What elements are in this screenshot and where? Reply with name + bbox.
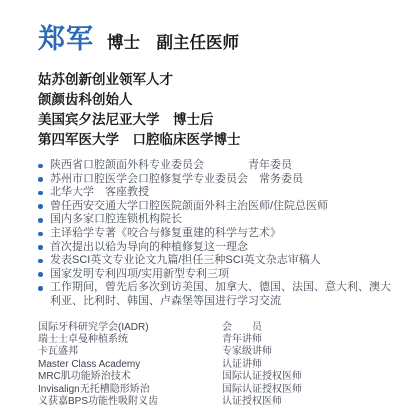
achievement-text: 国内多家口腔连锁机构院长	[50, 213, 182, 225]
bullet-dot-icon	[38, 177, 43, 182]
membership-row: Invisalign无托槽隐形矫治 国际认证授权医师	[38, 384, 392, 396]
achievement-text: 苏州市口腔医学会口腔修复学专业委员会 常务委员	[50, 173, 303, 185]
bullet-dot-icon	[38, 204, 43, 209]
achievement-text: 曾任西安交通大学口腔医院颌面外科主治医师/住院总医师	[50, 200, 328, 212]
bullet-dot-icon	[38, 272, 43, 277]
membership-row: 义获嘉BPS功能性吸附义齿 认证授权医师	[38, 396, 392, 408]
highlight-line: 姑苏创新创业领军人才	[38, 70, 392, 90]
bullet-dot-icon	[38, 245, 43, 250]
memberships-table: 国际牙科研究学会(IADR) 会 员 瑞士士卓曼种植系统 青年讲师 卡瓦盛邦 专…	[38, 322, 392, 409]
achievement-item: 发表SCI英文专业论文九篇/担任三种SCI英文杂志审稿人	[38, 254, 392, 268]
achievement-item: 曾任西安交通大学口腔医院颌面外科主治医师/住院总医师	[38, 200, 392, 214]
achievement-text: 国家发明专利四项/实用新型专利三项	[50, 268, 229, 280]
achievement-item: 首次提出以𬌗为导向的种植修复这一理念	[38, 241, 392, 255]
highlight-line: 第四军医大学 口腔临床医学博士	[38, 130, 392, 150]
membership-role: 认证授权医师	[222, 396, 282, 408]
membership-org: 卡瓦盛邦	[38, 346, 78, 357]
achievement-item: 工作期间，曾先后多次到访美国、加拿大、德国、法国、意大利、澳大利亚、比利时、韩国…	[38, 281, 392, 308]
achievement-item: 主译𬌗学专著《咬合与修复重建的科学与艺术》	[38, 227, 392, 241]
achievement-item: 陕西省口腔颌面外科专业委员会 青年委员	[38, 159, 392, 173]
achievement-text: 陕西省口腔颌面外科专业委员会 青年委员	[50, 159, 292, 171]
achievement-item: 北华大学 客座教授	[38, 186, 392, 200]
highlight-line: 颌颜齿科创始人	[38, 90, 392, 110]
membership-role: 国际认证授权医师	[222, 384, 302, 396]
membership-role: 认证讲师	[222, 359, 262, 371]
achievement-item: 苏州市口腔医学会口腔修复学专业委员会 常务委员	[38, 173, 392, 187]
bullet-dot-icon	[38, 232, 43, 237]
bullet-dot-icon	[38, 191, 43, 196]
doctor-credentials: 博士 副主任医师	[107, 29, 239, 53]
membership-org: 瑞士士卓曼种植系统	[38, 334, 128, 345]
membership-org: Invisalign无托槽隐形矫治	[38, 384, 150, 395]
membership-row: 卡瓦盛邦 专家级讲师	[38, 346, 392, 358]
achievement-text: 主译𬌗学专著《咬合与修复重建的科学与艺术》	[50, 227, 281, 239]
membership-org: 义获嘉BPS功能性吸附义齿	[38, 396, 158, 407]
membership-org: MRC肌功能矫治技术	[38, 371, 131, 382]
doctor-profile-page: 郑军 博士 副主任医师 姑苏创新创业领军人才 颌颜齿科创始人 美国宾夕法尼亚大学…	[0, 0, 406, 417]
achievement-item: 国家发明专利四项/实用新型专利三项	[38, 268, 392, 282]
achievement-text: 工作期间，曾先后多次到访美国、加拿大、德国、法国、意大利、澳大利亚、比利时、韩国…	[50, 281, 391, 307]
bullet-dot-icon	[38, 286, 43, 291]
doctor-name: 郑军	[38, 17, 94, 56]
achievement-text: 首次提出以𬌗为导向的种植修复这一理念	[50, 241, 248, 253]
membership-role: 会 员	[222, 322, 262, 334]
achievements-list: 陕西省口腔颌面外科专业委员会 青年委员 苏州市口腔医学会口腔修复学专业委员会 常…	[38, 159, 392, 309]
membership-row: Master Class Academy 认证讲师	[38, 359, 392, 371]
membership-row: MRC肌功能矫治技术 国际认证授权医师	[38, 371, 392, 383]
bullet-dot-icon	[38, 259, 43, 264]
bullet-dot-icon	[38, 218, 43, 223]
membership-org: Master Class Academy	[38, 359, 140, 370]
achievement-text: 发表SCI英文专业论文九篇/担任三种SCI英文杂志审稿人	[50, 254, 321, 266]
membership-role: 青年讲师	[222, 334, 262, 346]
membership-role: 专家级讲师	[222, 346, 272, 358]
membership-row: 瑞士士卓曼种植系统 青年讲师	[38, 334, 392, 346]
profile-header: 郑军 博士 副主任医师	[38, 17, 392, 56]
achievement-item: 国内多家口腔连锁机构院长	[38, 213, 392, 227]
membership-row: 国际牙科研究学会(IADR) 会 员	[38, 322, 392, 334]
achievement-text: 北华大学 客座教授	[50, 186, 149, 198]
bullet-dot-icon	[38, 164, 43, 169]
highlights-section: 姑苏创新创业领军人才 颌颜齿科创始人 美国宾夕法尼亚大学 博士后 第四军医大学 …	[38, 70, 392, 150]
highlight-line: 美国宾夕法尼亚大学 博士后	[38, 110, 392, 130]
membership-role: 国际认证授权医师	[222, 371, 302, 383]
membership-org: 国际牙科研究学会(IADR)	[38, 322, 149, 333]
